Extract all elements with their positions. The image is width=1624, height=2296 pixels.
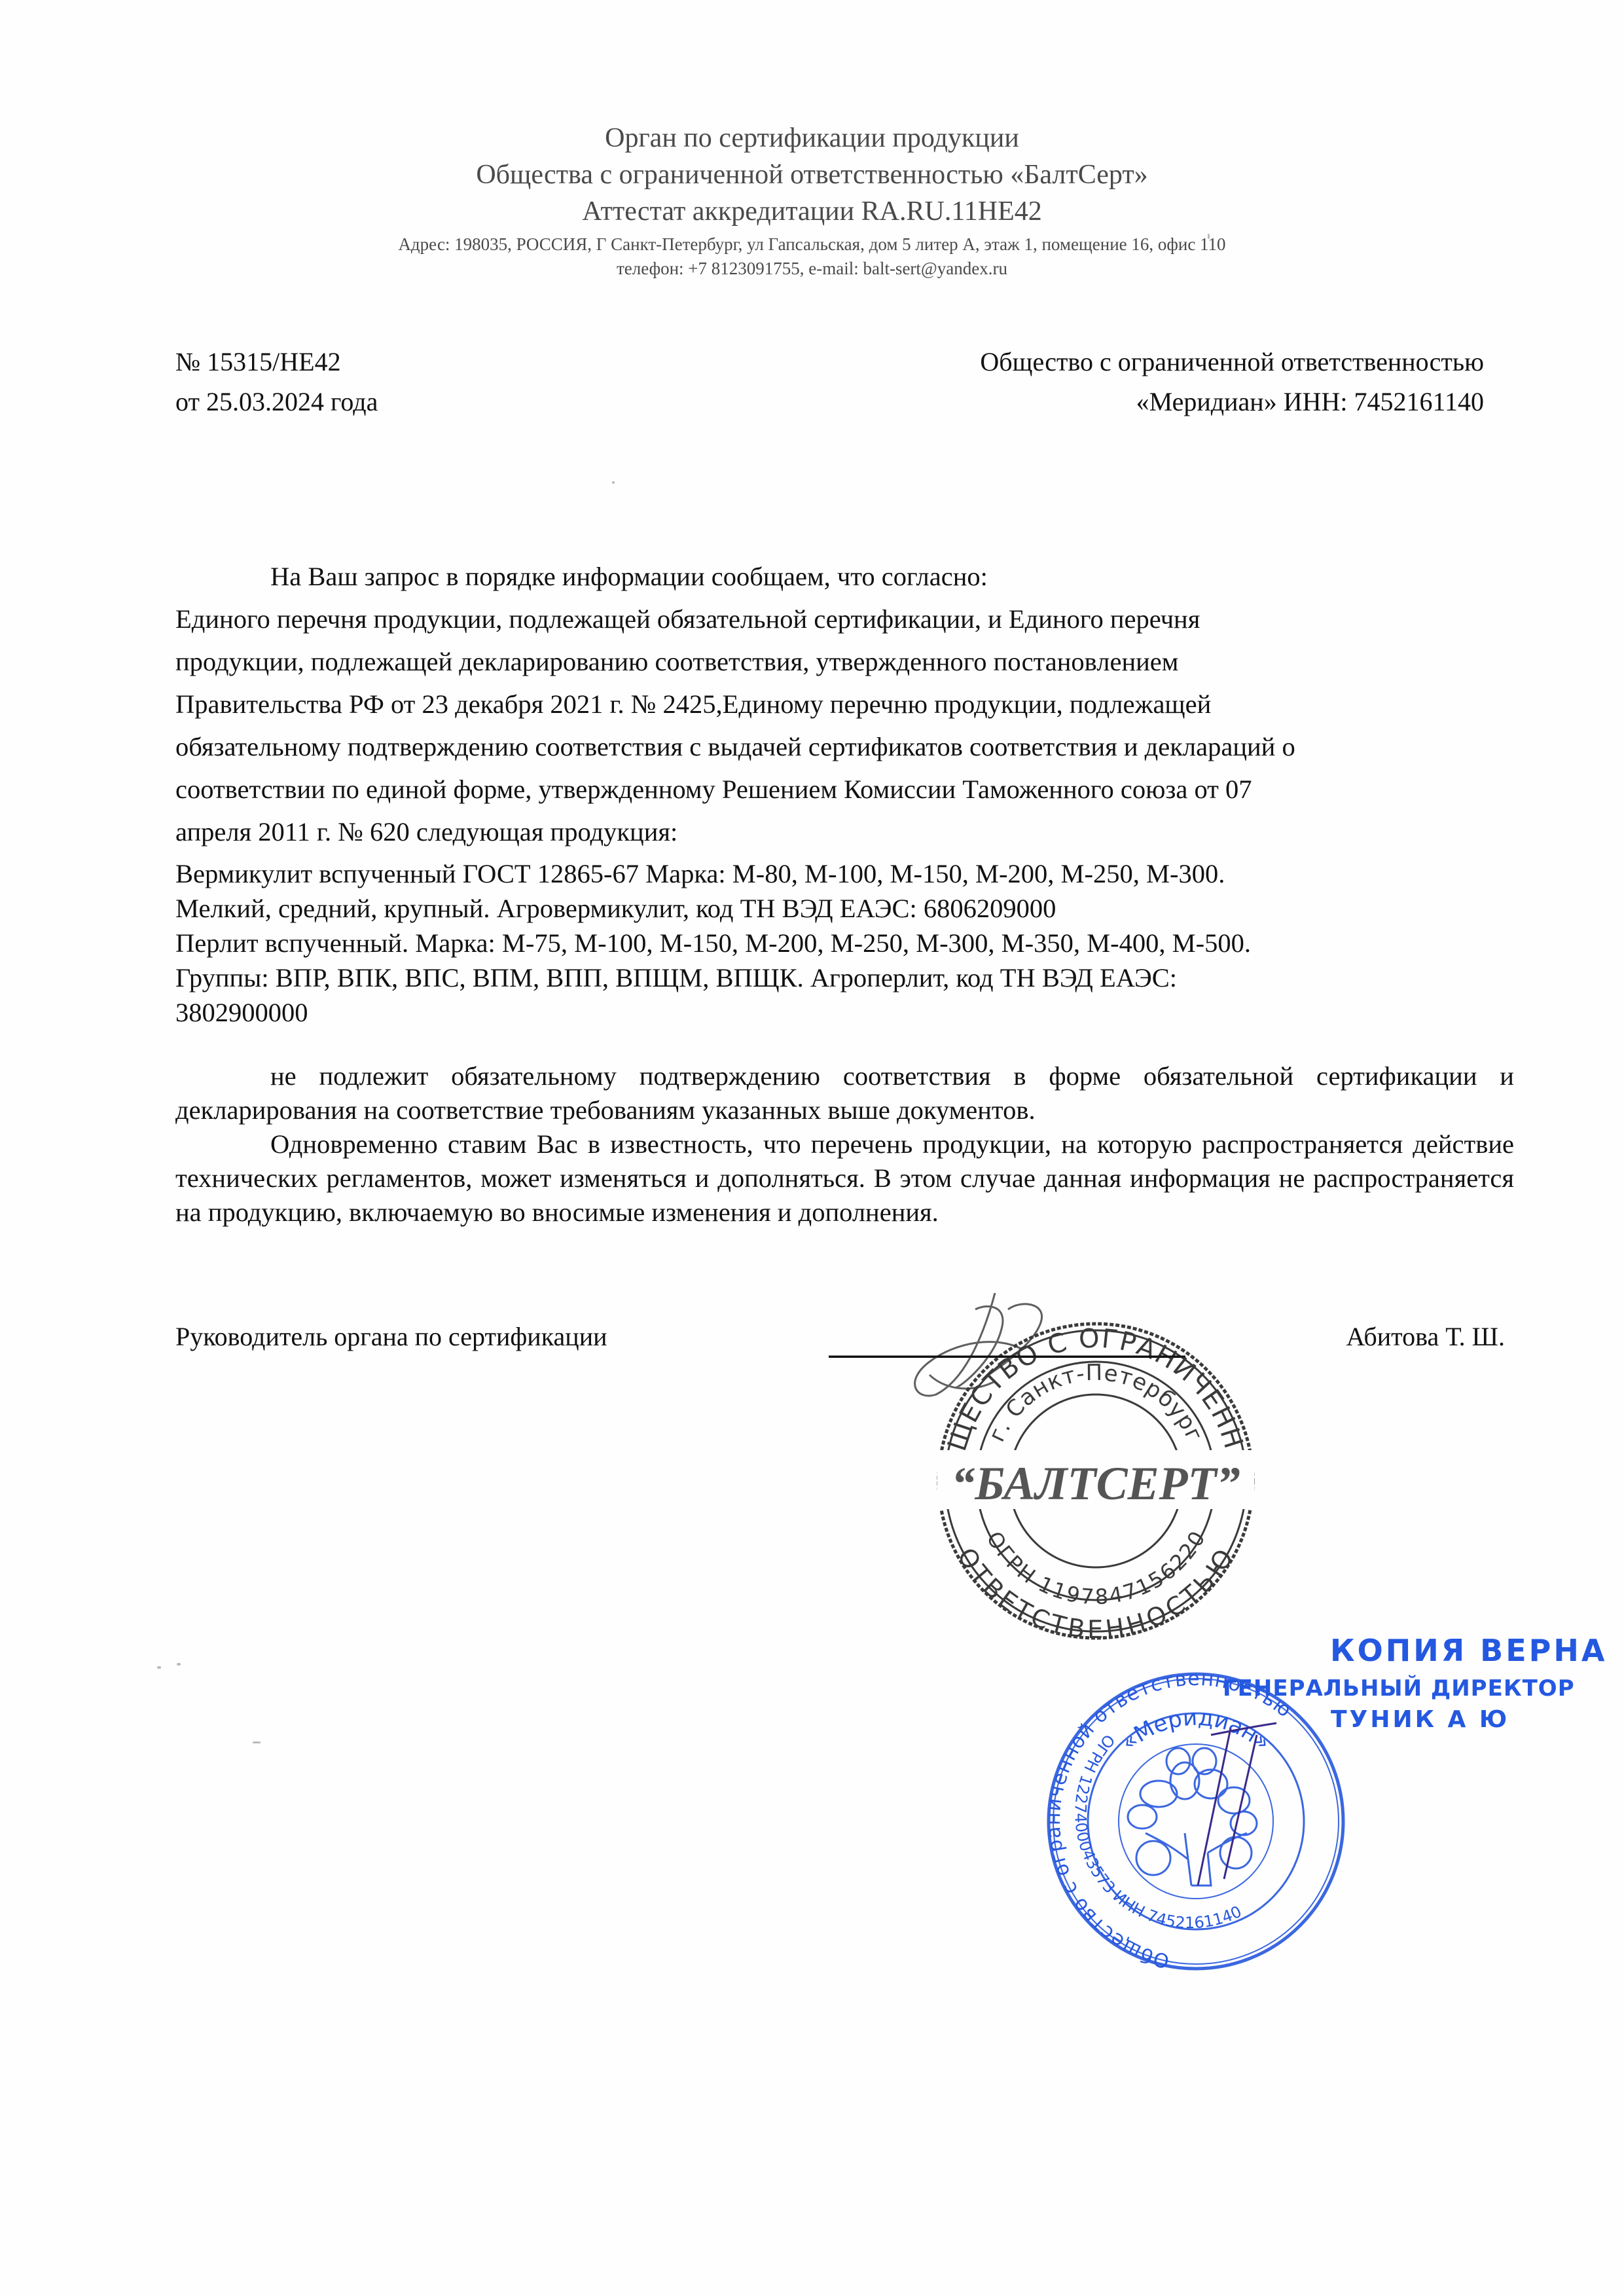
scan-speck xyxy=(177,1663,181,1666)
baltsert-center-band xyxy=(937,1450,1254,1509)
document-page: Орган по сертификации продукции Общества… xyxy=(0,0,1624,2296)
intro-line: продукции, подлежащей декларированию соо… xyxy=(175,640,1485,683)
baltsert-stamp-ogrn-text: ОГРН 1197847156220 xyxy=(981,1527,1210,1610)
letterhead-company: Общества с ограниченной ответственностью… xyxy=(0,161,1624,189)
copy-stamp-line-2: ГЕНЕРАЛЬНЫЙ ДИРЕКТОР xyxy=(1223,1675,1575,1702)
baltsert-stamp-bottom-text: ОТВЕТСТВЕННОСТЬЮ xyxy=(952,1543,1240,1644)
copy-stamp-line-1: КОПИЯ ВЕРНА xyxy=(1330,1633,1607,1668)
handwritten-signature xyxy=(915,1293,1042,1396)
intro-line: Правительства РФ от 23 декабря 2021 г. №… xyxy=(175,683,1485,725)
reference-number: № 15315/НЕ42 xyxy=(175,342,378,382)
product-line: Перлит вспученный. Марка: М-75, М-100, М… xyxy=(175,926,1485,960)
meridian-stamp-name-text: «Меридиан» xyxy=(1116,1705,1275,1757)
letterhead-accreditation: Аттестат аккредитации RA.RU.11НЕ42 xyxy=(0,198,1624,225)
signature-line xyxy=(829,1356,1185,1358)
meridian-stamp-ogrn-text: ОГРН 1227400043573 ИНН 7452161140 xyxy=(1071,1730,1244,1932)
meridian-stamp-outer-text: Общество с ограниченной ответственностью xyxy=(1042,1667,1296,1973)
conclusion-paragraph: Одновременно ставим Вас в известность, ч… xyxy=(175,1127,1514,1230)
copy-stamp-line-3: ТУНИК А Ю xyxy=(1331,1706,1509,1733)
intro-line: На Ваш запрос в порядке информации сообщ… xyxy=(175,555,1485,598)
tree-emblem-icon xyxy=(1128,1748,1257,1886)
intro-line: обязательному подтверждению соответствия… xyxy=(175,725,1485,768)
blue-pen-signature xyxy=(1198,1723,1276,1886)
product-line: 3802900000 xyxy=(175,995,1485,1030)
baltsert-stamp-city-text: г. Санкт-Петербург xyxy=(984,1360,1208,1446)
recipient-block: Общество с ограниченной ответственностью… xyxy=(980,342,1484,422)
recipient-line-2: «Меридиан» ИНН: 7452161140 xyxy=(980,382,1484,422)
conclusion-paragraph: не подлежит обязательному подтверждению … xyxy=(175,1059,1514,1127)
scan-speck xyxy=(157,1666,161,1669)
scan-speck xyxy=(253,1741,261,1743)
letterhead-org: Орган по сертификации продукции xyxy=(0,124,1624,152)
conclusion: не подлежит обязательному подтверждению … xyxy=(175,1059,1514,1230)
product-line: Мелкий, средний, крупный. Агровермикулит… xyxy=(175,891,1485,926)
product-line: Группы: ВПР, ВПК, ВПС, ВПМ, ВПП, ВПЩМ, В… xyxy=(175,960,1485,995)
reference-block: № 15315/НЕ42 от 25.03.2024 года xyxy=(175,342,378,422)
letterhead-address: Адрес: 198035, РОССИЯ, Г Санкт-Петербург… xyxy=(0,236,1624,253)
product-line: Вермикулит вспученный ГОСТ 12865-67 Марк… xyxy=(175,856,1485,891)
letterhead: Орган по сертификации продукции Общества… xyxy=(0,124,1624,278)
intro-line: Единого перечня продукции, подлежащей об… xyxy=(175,598,1485,640)
baltsert-stamp xyxy=(939,1324,1253,1638)
scan-speck xyxy=(1208,234,1210,239)
product-list: Вермикулит вспученный ГОСТ 12865-67 Марк… xyxy=(175,856,1485,1030)
scan-speck xyxy=(612,481,615,484)
baltsert-stamp-center-text: “БАЛТСЕРТ” xyxy=(951,1457,1240,1510)
reference-date: от 25.03.2024 года xyxy=(175,382,378,422)
recipient-line-1: Общество с ограниченной ответственностью xyxy=(980,342,1484,382)
signatory-name: Абитова Т. Ш. xyxy=(1346,1321,1505,1352)
meridian-stamp xyxy=(1049,1674,1343,1969)
intro-line: апреля 2011 г. № 620 следующая продукция… xyxy=(175,811,1485,853)
letterhead-contact: телефон: +7 8123091755, e-mail: balt-ser… xyxy=(0,260,1624,278)
signatory-role: Руководитель органа по сертификации xyxy=(175,1321,607,1352)
intro-paragraph: На Ваш запрос в порядке информации сообщ… xyxy=(175,555,1485,853)
intro-line: соответствии по единой форме, утвержденн… xyxy=(175,768,1485,811)
